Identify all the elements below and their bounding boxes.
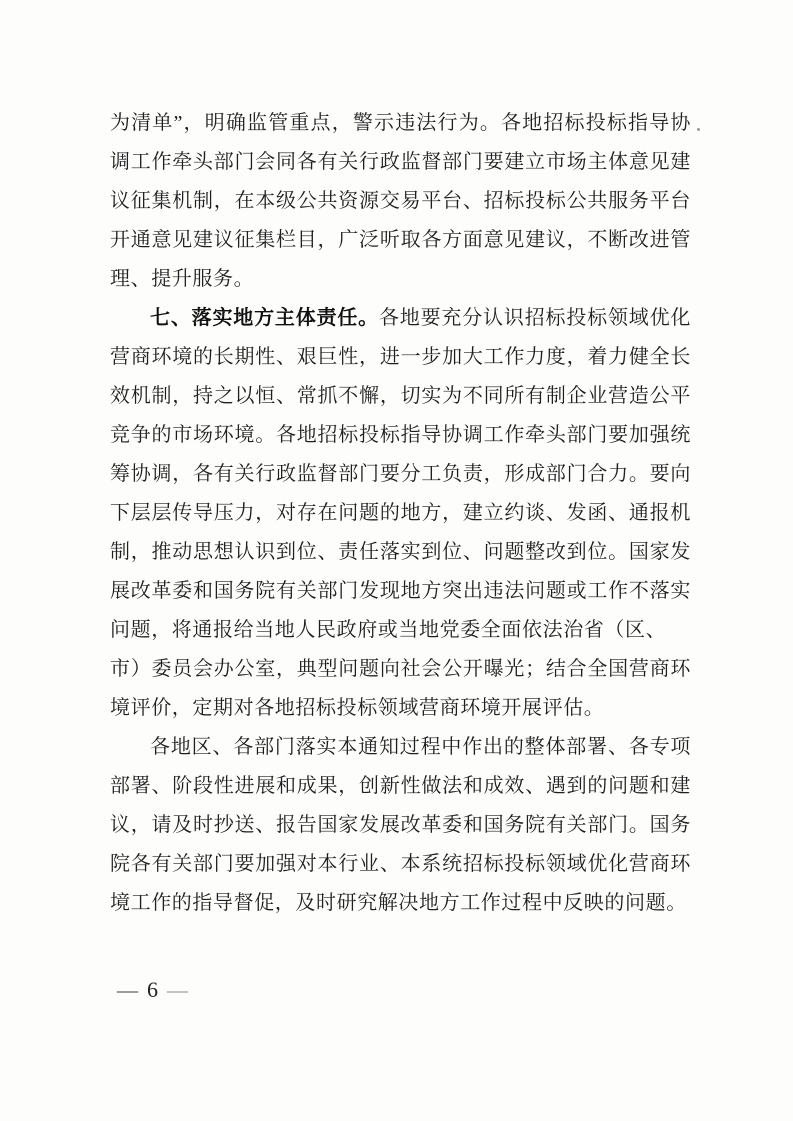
text-line: 各地区、各部门落实本通知过程中作出的整体部署、各专项 xyxy=(110,728,691,767)
scan-artifact-dot xyxy=(697,128,700,131)
text-line: 营商环境的长期性、艰巨性，进一步加大工作力度，着力健全长 xyxy=(110,338,691,377)
text-line: 效机制，持之以恒、常抓不懈，切实为不同所有制企业营造公平 xyxy=(110,377,691,416)
paragraph-closing: 各地区、各部门落实本通知过程中作出的整体部署、各专项 部署、阶段性进展和成果，创… xyxy=(110,728,691,923)
text-line: 市）委员会办公室，典型问题向社会公开曝光；结合全国营商环 xyxy=(110,650,691,689)
text-line: 下层层传导压力，对存在问题的地方，建立约谈、发函、通报机 xyxy=(110,494,691,533)
document-body: 为清单”，明确监管重点，警示违法行为。各地招标投标指导协 调工作牵头部门会同各有… xyxy=(110,104,691,923)
text-line: 为清单”，明确监管重点，警示违法行为。各地招标投标指导协 xyxy=(110,104,691,143)
text-line: 调工作牵头部门会同各有关行政监督部门要建立市场主体意见建 xyxy=(110,143,691,182)
footer-dash-right: — xyxy=(167,978,188,1002)
footer-dash-left: — xyxy=(117,978,138,1002)
document-page: 为清单”，明确监管重点，警示违法行为。各地招标投标指导协 调工作牵头部门会同各有… xyxy=(0,0,793,1121)
text-line: 部署、阶段性进展和成果，创新性做法和成效、遇到的问题和建 xyxy=(110,767,691,806)
text-line: 境评价，定期对各地招标投标领域营商环境开展评估。 xyxy=(110,689,691,728)
paragraph-continuation: 为清单”，明确监管重点，警示违法行为。各地招标投标指导协 调工作牵头部门会同各有… xyxy=(110,104,691,299)
text-line: 理、提升服务。 xyxy=(110,260,691,299)
section-heading-rest-text: 各地要充分认识招标投标领域优化 xyxy=(379,307,691,329)
section-heading-line: 七、落实地方主体责任。各地要充分认识招标投标领域优化 xyxy=(110,299,691,338)
text-line: 竞争的市场环境。各地招标投标指导协调工作牵头部门要加强统 xyxy=(110,416,691,455)
text-line: 问题，将通报给当地人民政府或当地党委全面依法治省（区、 xyxy=(110,611,691,650)
text-line: 境工作的指导督促，及时研究解决地方工作过程中反映的问题。 xyxy=(110,884,691,923)
section-7-heading: 七、落实地方主体责任。 xyxy=(150,307,379,329)
paragraph-section-7: 七、落实地方主体责任。各地要充分认识招标投标领域优化 营商环境的长期性、艰巨性，… xyxy=(110,299,691,728)
page-number: 6 xyxy=(147,977,158,1002)
page-footer: —6— xyxy=(117,975,188,1005)
text-line: 议征集机制，在本级公共资源交易平台、招标投标公共服务平台 xyxy=(110,182,691,221)
text-line: 院各有关部门要加强对本行业、本系统招标投标领域优化营商环 xyxy=(110,845,691,884)
text-line: 开通意见建议征集栏目，广泛听取各方面意见建议，不断改进管 xyxy=(110,221,691,260)
text-line: 展改革委和国务院有关部门发现地方突出违法问题或工作不落实 xyxy=(110,572,691,611)
text-line: 制，推动思想认识到位、责任落实到位、问题整改到位。国家发 xyxy=(110,533,691,572)
text-line: 议，请及时抄送、报告国家发展改革委和国务院有关部门。国务 xyxy=(110,806,691,845)
text-line: 筹协调，各有关行政监督部门要分工负责，形成部门合力。要向 xyxy=(110,455,691,494)
